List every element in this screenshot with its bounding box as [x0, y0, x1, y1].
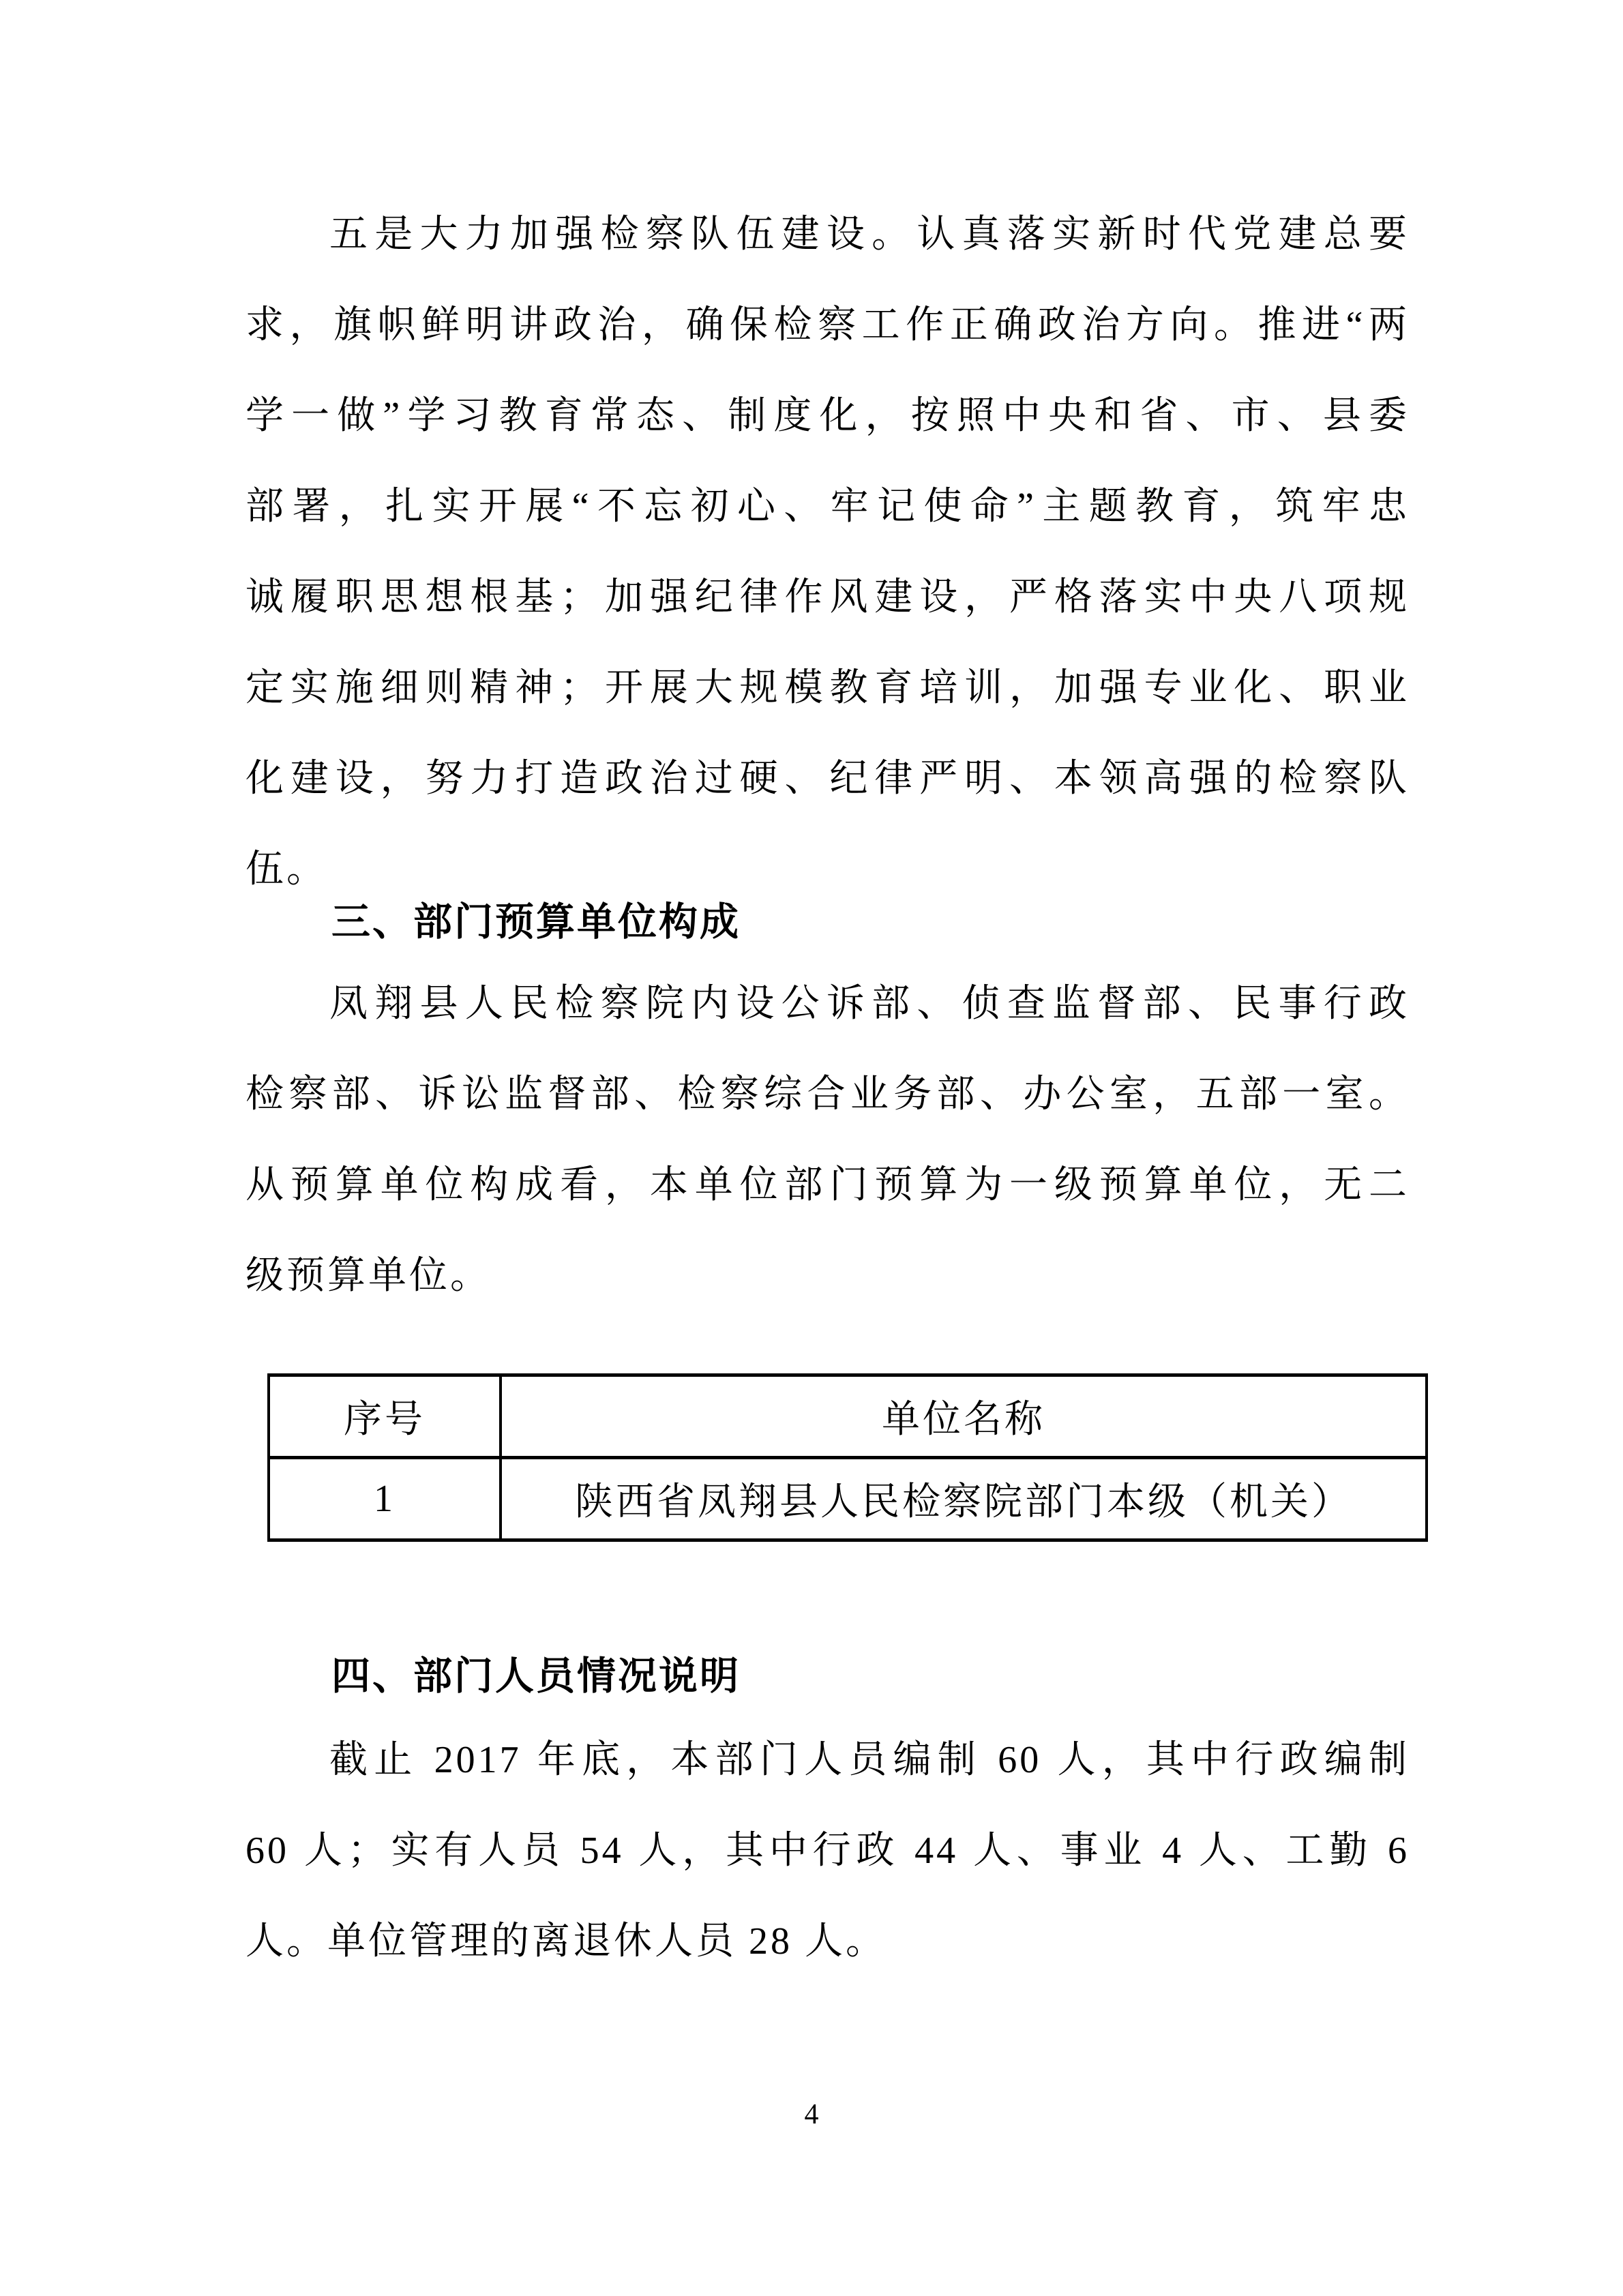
text-line: 五是大力加强检察队伍建设。认真落实新时代党建总要	[245, 190, 1410, 280]
document-page: 五是大力加强检察队伍建设。认真落实新时代党建总要 求，旗帜鲜明讲政治，确保检察工…	[0, 0, 1623, 2296]
text-line: 化建设，努力打造政治过硬、纪律严明、本领高强的检察队	[245, 734, 1410, 824]
text-line: 学一做”学习教育常态、制度化，按照中央和省、市、县委	[245, 371, 1410, 462]
text-line: 定实施细则精神；开展大规模教育培训，加强专业化、职业	[245, 643, 1410, 734]
paragraph-team-building: 五是大力加强检察队伍建设。认真落实新时代党建总要 求，旗帜鲜明讲政治，确保检察工…	[245, 190, 1410, 915]
table-row: 1 陕西省凤翔县人民检察院部门本级（机关）	[269, 1458, 1427, 1540]
paragraph-budget-units: 凤翔县人民检察院内设公诉部、侦查监督部、民事行政 检察部、诉讼监督部、检察综合业…	[245, 959, 1410, 1322]
text-line: 求，旗帜鲜明讲政治，确保检察工作正确政治方向。推进“两	[245, 280, 1410, 371]
table-header-cell-serial: 序号	[269, 1375, 501, 1458]
table-header-row: 序号 单位名称	[269, 1375, 1427, 1458]
table-cell-serial: 1	[269, 1458, 501, 1540]
text-line: 检察部、诉讼监督部、检察综合业务部、办公室，五部一室。	[245, 1049, 1410, 1140]
table-header-cell-unit-name: 单位名称	[501, 1375, 1427, 1458]
page-number: 4	[0, 2100, 1623, 2129]
section-heading-budget-units: 三、部门预算单位构成	[245, 877, 1410, 968]
text-line: 诚履职思想根基；加强纪律作风建设，严格落实中央八项规	[245, 552, 1410, 643]
section-heading-personnel: 四、部门人员情况说明	[245, 1631, 1410, 1722]
table-cell-unit-name: 陕西省凤翔县人民检察院部门本级（机关）	[501, 1458, 1427, 1540]
paragraph-personnel: 截止 2017 年底，本部门人员编制 60 人，其中行政编制 60 人；实有人员…	[245, 1715, 1410, 1987]
budget-units-table: 序号 单位名称 1 陕西省凤翔县人民检察院部门本级（机关）	[267, 1373, 1428, 1542]
text-line: 级预算单位。	[245, 1231, 1410, 1322]
text-line: 60 人；实有人员 54 人，其中行政 44 人、事业 4 人、工勤 6	[245, 1806, 1410, 1896]
text-line: 人。单位管理的离退休人员 28 人。	[245, 1896, 1410, 1987]
text-line: 从预算单位构成看，本单位部门预算为一级预算单位，无二	[245, 1140, 1410, 1231]
text-line: 部署，扎实开展“不忘初心、牢记使命”主题教育，筑牢忠	[245, 462, 1410, 552]
text-line: 截止 2017 年底，本部门人员编制 60 人，其中行政编制	[245, 1715, 1410, 1806]
text-line: 凤翔县人民检察院内设公诉部、侦查监督部、民事行政	[245, 959, 1410, 1049]
